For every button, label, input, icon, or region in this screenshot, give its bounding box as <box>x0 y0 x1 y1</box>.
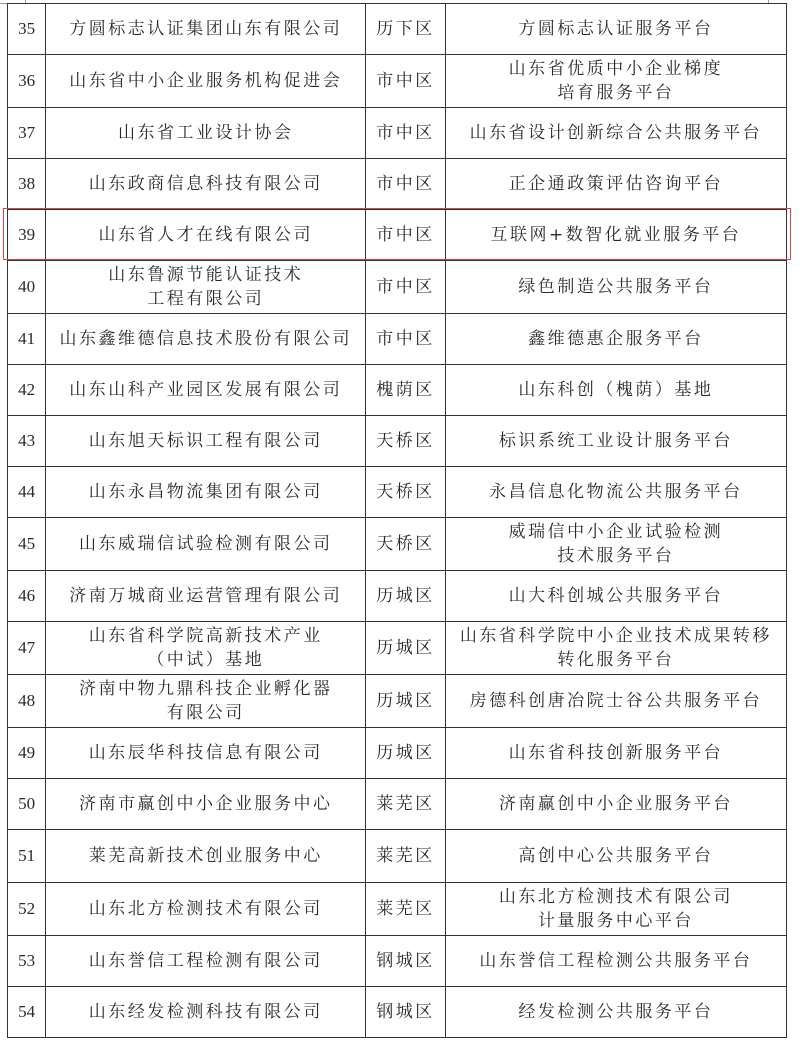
platform-name-cell: 永昌信息化物流公共服务平台 <box>445 467 786 518</box>
company-name-line: 山东经发检测科技有限公司 <box>48 1000 363 1024</box>
platform-name-line: 山东科创（槐荫）基地 <box>448 378 784 402</box>
platform-name-line: 标识系统工业设计服务平台 <box>448 429 784 453</box>
platform-name-cell: 山东省科技创新服务平台 <box>445 728 786 779</box>
platform-name-line: 山东省科学院中小企业技术成果转移 <box>448 624 784 648</box>
company-name-line: 山东省中小企业服务机构促进会 <box>48 69 363 93</box>
district-cell: 市中区 <box>366 261 446 314</box>
company-name-line: 莱芜高新技术创业服务中心 <box>48 844 363 868</box>
platform-name-cell: 济南赢创中小企业服务平台 <box>445 779 786 830</box>
company-name-line: 济南市赢创中小企业服务中心 <box>48 792 363 816</box>
platform-name-cell: 高创中心公共服务平台 <box>445 830 786 883</box>
table-row: 48济南中物九鼎科技企业孵化器有限公司历城区房德科创唐冶院士谷公共服务平台 <box>8 675 787 728</box>
table-row: 50济南市赢创中小企业服务中心莱芜区济南赢创中小企业服务平台 <box>8 779 787 830</box>
table-row: 41山东鑫维德信息技术股份有限公司市中区鑫维德惠企服务平台 <box>8 314 787 365</box>
company-name-line: 山东誉信工程检测有限公司 <box>48 949 363 973</box>
platform-name-line: 方圆标志认证服务平台 <box>448 17 784 41</box>
company-name-line: 有限公司 <box>48 701 363 725</box>
district-cell: 钢城区 <box>366 987 446 1038</box>
company-name-cell: 山东鲁源节能认证技术工程有限公司 <box>46 261 366 314</box>
platform-name-line: 威瑞信中小企业试验检测 <box>448 520 784 544</box>
platform-name-cell: 鑫维德惠企服务平台 <box>445 314 786 365</box>
company-name-line: 山东省人才在线有限公司 <box>48 223 363 247</box>
platform-name-line: 互联网+数智化就业服务平台 <box>448 223 784 247</box>
company-name-line: 山东北方检测技术有限公司 <box>48 897 363 921</box>
platform-list-table: 35方圆标志认证集团山东有限公司历下区方圆标志认证服务平台36山东省中小企业服务… <box>7 3 787 1038</box>
district-cell: 莱芜区 <box>366 830 446 883</box>
district-cell: 市中区 <box>366 159 446 210</box>
company-name-line: 济南万城商业运营管理有限公司 <box>48 584 363 608</box>
platform-name-cell: 互联网+数智化就业服务平台 <box>445 210 786 261</box>
platform-name-line: 正企通政策评估咨询平台 <box>448 172 784 196</box>
company-name-line: 方圆标志认证集团山东有限公司 <box>48 17 363 41</box>
table-row: 52山东北方检测技术有限公司莱芜区山东北方检测技术有限公司计量服务中心平台 <box>8 883 787 936</box>
platform-name-line: 技术服务平台 <box>448 544 784 568</box>
platform-name-cell: 山东科创（槐荫）基地 <box>445 365 786 416</box>
company-name-line: 山东鑫维德信息技术股份有限公司 <box>48 327 363 351</box>
platform-name-cell: 山东省设计创新综合公共服务平台 <box>445 108 786 159</box>
district-cell: 市中区 <box>366 210 446 261</box>
table-row: 43山东旭天标识工程有限公司天桥区标识系统工业设计服务平台 <box>8 416 787 467</box>
company-name-cell: 山东省中小企业服务机构促进会 <box>46 55 366 108</box>
company-name-cell: 山东誉信工程检测有限公司 <box>46 936 366 987</box>
platform-name-line: 绿色制造公共服务平台 <box>448 275 784 299</box>
row-number: 47 <box>8 622 46 675</box>
row-number: 38 <box>8 159 46 210</box>
table-row: 44山东永昌物流集团有限公司天桥区永昌信息化物流公共服务平台 <box>8 467 787 518</box>
table-row: 51莱芜高新技术创业服务中心莱芜区高创中心公共服务平台 <box>8 830 787 883</box>
company-name-line: 山东鲁源节能认证技术 <box>48 263 363 287</box>
company-name-line: 山东辰华科技信息有限公司 <box>48 741 363 765</box>
district-cell: 天桥区 <box>366 518 446 571</box>
table-row: 53山东誉信工程检测有限公司钢城区山东誉信工程检测公共服务平台 <box>8 936 787 987</box>
company-name-line: 山东省科学院高新技术产业 <box>48 624 363 648</box>
district-cell: 市中区 <box>366 314 446 365</box>
company-name-cell: 山东北方检测技术有限公司 <box>46 883 366 936</box>
platform-name-line: 山东省设计创新综合公共服务平台 <box>448 121 784 145</box>
district-cell: 历城区 <box>366 675 446 728</box>
row-number: 45 <box>8 518 46 571</box>
district-cell: 天桥区 <box>366 416 446 467</box>
platform-name-line: 山东誉信工程检测公共服务平台 <box>448 949 784 973</box>
company-name-line: 山东省工业设计协会 <box>48 121 363 145</box>
district-cell: 天桥区 <box>366 467 446 518</box>
company-name-line: 工程有限公司 <box>48 287 363 311</box>
company-name-cell: 山东旭天标识工程有限公司 <box>46 416 366 467</box>
table-row: 47山东省科学院高新技术产业（中试）基地历城区山东省科学院中小企业技术成果转移转… <box>8 622 787 675</box>
district-cell: 莱芜区 <box>366 779 446 830</box>
row-number: 54 <box>8 987 46 1038</box>
row-number: 36 <box>8 55 46 108</box>
table-row: 42山东山科产业园区发展有限公司槐荫区山东科创（槐荫）基地 <box>8 365 787 416</box>
district-cell: 槐荫区 <box>366 365 446 416</box>
company-name-cell: 莱芜高新技术创业服务中心 <box>46 830 366 883</box>
table-row: 46济南万城商业运营管理有限公司历城区山大科创城公共服务平台 <box>8 571 787 622</box>
platform-name-line: 培育服务平台 <box>448 81 784 105</box>
platform-name-cell: 方圆标志认证服务平台 <box>445 4 786 55</box>
district-cell: 历城区 <box>366 728 446 779</box>
row-number: 49 <box>8 728 46 779</box>
platform-name-line: 高创中心公共服务平台 <box>448 844 784 868</box>
platform-name-line: 山大科创城公共服务平台 <box>448 584 784 608</box>
company-name-line: 山东威瑞信试验检测有限公司 <box>48 532 363 556</box>
table-row: 37山东省工业设计协会市中区山东省设计创新综合公共服务平台 <box>8 108 787 159</box>
company-name-line: 山东政商信息科技有限公司 <box>48 172 363 196</box>
company-name-cell: 山东省科学院高新技术产业（中试）基地 <box>46 622 366 675</box>
platform-name-line: 鑫维德惠企服务平台 <box>448 327 784 351</box>
district-cell: 莱芜区 <box>366 883 446 936</box>
table-row: 54山东经发检测科技有限公司钢城区经发检测公共服务平台 <box>8 987 787 1038</box>
platform-name-cell: 绿色制造公共服务平台 <box>445 261 786 314</box>
platform-name-line: 计量服务中心平台 <box>448 909 784 933</box>
table-body: 35方圆标志认证集团山东有限公司历下区方圆标志认证服务平台36山东省中小企业服务… <box>8 4 787 1038</box>
table-row: 49山东辰华科技信息有限公司历城区山东省科技创新服务平台 <box>8 728 787 779</box>
table-row: 38山东政商信息科技有限公司市中区正企通政策评估咨询平台 <box>8 159 787 210</box>
platform-name-cell: 房德科创唐冶院士谷公共服务平台 <box>445 675 786 728</box>
row-number: 46 <box>8 571 46 622</box>
platform-name-line: 经发检测公共服务平台 <box>448 1000 784 1024</box>
company-name-line: 山东山科产业园区发展有限公司 <box>48 378 363 402</box>
platform-name-cell: 山东北方检测技术有限公司计量服务中心平台 <box>445 883 786 936</box>
district-cell: 市中区 <box>366 55 446 108</box>
row-number: 41 <box>8 314 46 365</box>
row-number: 40 <box>8 261 46 314</box>
company-name-cell: 山东威瑞信试验检测有限公司 <box>46 518 366 571</box>
company-name-cell: 山东省工业设计协会 <box>46 108 366 159</box>
company-name-cell: 山东省人才在线有限公司 <box>46 210 366 261</box>
table-row: 36山东省中小企业服务机构促进会市中区山东省优质中小企业梯度培育服务平台 <box>8 55 787 108</box>
platform-name-cell: 正企通政策评估咨询平台 <box>445 159 786 210</box>
company-name-cell: 方圆标志认证集团山东有限公司 <box>46 4 366 55</box>
table-row: 45山东威瑞信试验检测有限公司天桥区威瑞信中小企业试验检测技术服务平台 <box>8 518 787 571</box>
company-name-cell: 山东山科产业园区发展有限公司 <box>46 365 366 416</box>
platform-name-line: 转化服务平台 <box>448 648 784 672</box>
platform-name-line: 房德科创唐冶院士谷公共服务平台 <box>448 689 784 713</box>
table-row: 40山东鲁源节能认证技术工程有限公司市中区绿色制造公共服务平台 <box>8 261 787 314</box>
platform-name-line: 山东北方检测技术有限公司 <box>448 885 784 909</box>
row-number: 44 <box>8 467 46 518</box>
platform-name-cell: 山东省优质中小企业梯度培育服务平台 <box>445 55 786 108</box>
company-name-cell: 济南万城商业运营管理有限公司 <box>46 571 366 622</box>
row-number: 53 <box>8 936 46 987</box>
company-name-line: （中试）基地 <box>48 648 363 672</box>
platform-name-line: 永昌信息化物流公共服务平台 <box>448 480 784 504</box>
company-name-cell: 山东经发检测科技有限公司 <box>46 987 366 1038</box>
company-name-cell: 山东鑫维德信息技术股份有限公司 <box>46 314 366 365</box>
platform-name-line: 山东省优质中小企业梯度 <box>448 57 784 81</box>
district-cell: 历下区 <box>366 4 446 55</box>
platform-name-cell: 经发检测公共服务平台 <box>445 987 786 1038</box>
district-cell: 钢城区 <box>366 936 446 987</box>
row-number: 37 <box>8 108 46 159</box>
platform-name-line: 山东省科技创新服务平台 <box>448 741 784 765</box>
district-cell: 历城区 <box>366 571 446 622</box>
table-row: 35方圆标志认证集团山东有限公司历下区方圆标志认证服务平台 <box>8 4 787 55</box>
row-number: 43 <box>8 416 46 467</box>
row-number: 35 <box>8 4 46 55</box>
platform-name-line: 济南赢创中小企业服务平台 <box>448 792 784 816</box>
row-number: 52 <box>8 883 46 936</box>
row-number: 48 <box>8 675 46 728</box>
company-name-cell: 济南中物九鼎科技企业孵化器有限公司 <box>46 675 366 728</box>
company-name-cell: 山东永昌物流集团有限公司 <box>46 467 366 518</box>
platform-name-cell: 威瑞信中小企业试验检测技术服务平台 <box>445 518 786 571</box>
platform-name-cell: 山东省科学院中小企业技术成果转移转化服务平台 <box>445 622 786 675</box>
company-name-line: 济南中物九鼎科技企业孵化器 <box>48 677 363 701</box>
district-cell: 历城区 <box>366 622 446 675</box>
row-number: 51 <box>8 830 46 883</box>
company-name-cell: 山东辰华科技信息有限公司 <box>46 728 366 779</box>
platform-name-cell: 山大科创城公共服务平台 <box>445 571 786 622</box>
company-name-line: 山东永昌物流集团有限公司 <box>48 480 363 504</box>
company-name-line: 山东旭天标识工程有限公司 <box>48 429 363 453</box>
company-name-cell: 山东政商信息科技有限公司 <box>46 159 366 210</box>
company-name-cell: 济南市赢创中小企业服务中心 <box>46 779 366 830</box>
row-number: 39 <box>8 210 46 261</box>
platform-name-cell: 标识系统工业设计服务平台 <box>445 416 786 467</box>
platform-name-cell: 山东誉信工程检测公共服务平台 <box>445 936 786 987</box>
row-number: 42 <box>8 365 46 416</box>
district-cell: 市中区 <box>366 108 446 159</box>
table-row-highlighted: 39山东省人才在线有限公司市中区互联网+数智化就业服务平台 <box>8 210 787 261</box>
row-number: 50 <box>8 779 46 830</box>
